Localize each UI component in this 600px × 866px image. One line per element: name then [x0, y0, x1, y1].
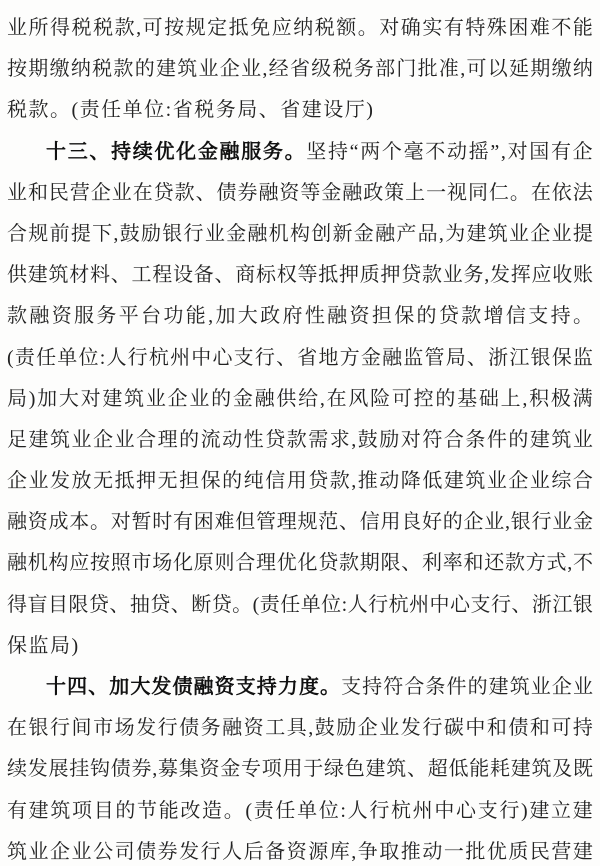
text-line: 局)加大对建筑业企业的金融供给,在风险可控的基础上,积极满: [7, 379, 593, 420]
text-line: 业和民营企业在贷款、债券融资等金融政策上一视同仁。在依法: [7, 173, 593, 214]
text-line-paragraph-end: 保监局): [7, 626, 593, 667]
line-text: 保监局): [7, 635, 80, 657]
text-line: 在银行间市场发行债务融资工具,鼓励企业发行碳中和债和可持: [7, 708, 593, 749]
text-line: 融机构应按照市场化原则合理优化贷款期限、利率和还款方式,不: [7, 543, 593, 584]
text-line: 供建筑材料、工程设备、商标权等抵押质押贷款业务,发挥应收账: [7, 255, 593, 296]
text-line: 有建筑项目的节能改造。(责任单位:人行杭州中心支行)建立建: [7, 791, 593, 832]
text-line: 合规前提下,鼓励银行业金融机构创新金融产品,为建筑业企业提: [7, 214, 593, 255]
line-text: 税款。(责任单位:省税务局、省建设厅): [7, 99, 374, 121]
text-line: 得盲目限贷、抽贷、断贷。(责任单位:人行杭州中心支行、浙江银: [7, 585, 593, 626]
text-line: 按期缴纳税款的建筑业企业,经省级税务部门批准,可以延期缴纳: [7, 49, 593, 90]
text-line-paragraph-end: 税款。(责任单位:省税务局、省建设厅): [7, 90, 593, 131]
document-page: 业所得税税款,可按规定抵免应纳税额。对确实有特殊困难不能 按期缴纳税款的建筑业企…: [0, 0, 600, 866]
text-line: 续发展挂钩债券,募集资金专项用于绿色建筑、超低能耗建筑及既: [7, 749, 593, 790]
text-line: (责任单位:人行杭州中心支行、省地方金融监管局、浙江银保监: [7, 338, 593, 379]
text-line: 筑业企业公司债券发行人后备资源库,争取推动一批优质民营建: [7, 832, 593, 866]
text-line: 融资成本。对暂时有困难但管理规范、信用良好的企业,银行业金: [7, 502, 593, 543]
section-heading-line: 十四、加大发债融资支持力度。支持符合条件的建筑业企业: [7, 667, 593, 708]
text-line: 企业发放无抵押无担保的纯信用贷款,推动降低建筑业企业综合: [7, 461, 593, 502]
section-heading-line: 十三、持续优化金融服务。坚持“两个毫不动摇”,对国有企: [7, 132, 593, 173]
text-line: 款融资服务平台功能,加大政府性融资担保的贷款增信支持。: [7, 296, 593, 337]
text-line: 业所得税税款,可按规定抵免应纳税额。对确实有特殊困难不能: [7, 8, 593, 49]
text-line: 足建筑业企业合理的流动性贷款需求,鼓励对符合条件的建筑业: [7, 420, 593, 461]
